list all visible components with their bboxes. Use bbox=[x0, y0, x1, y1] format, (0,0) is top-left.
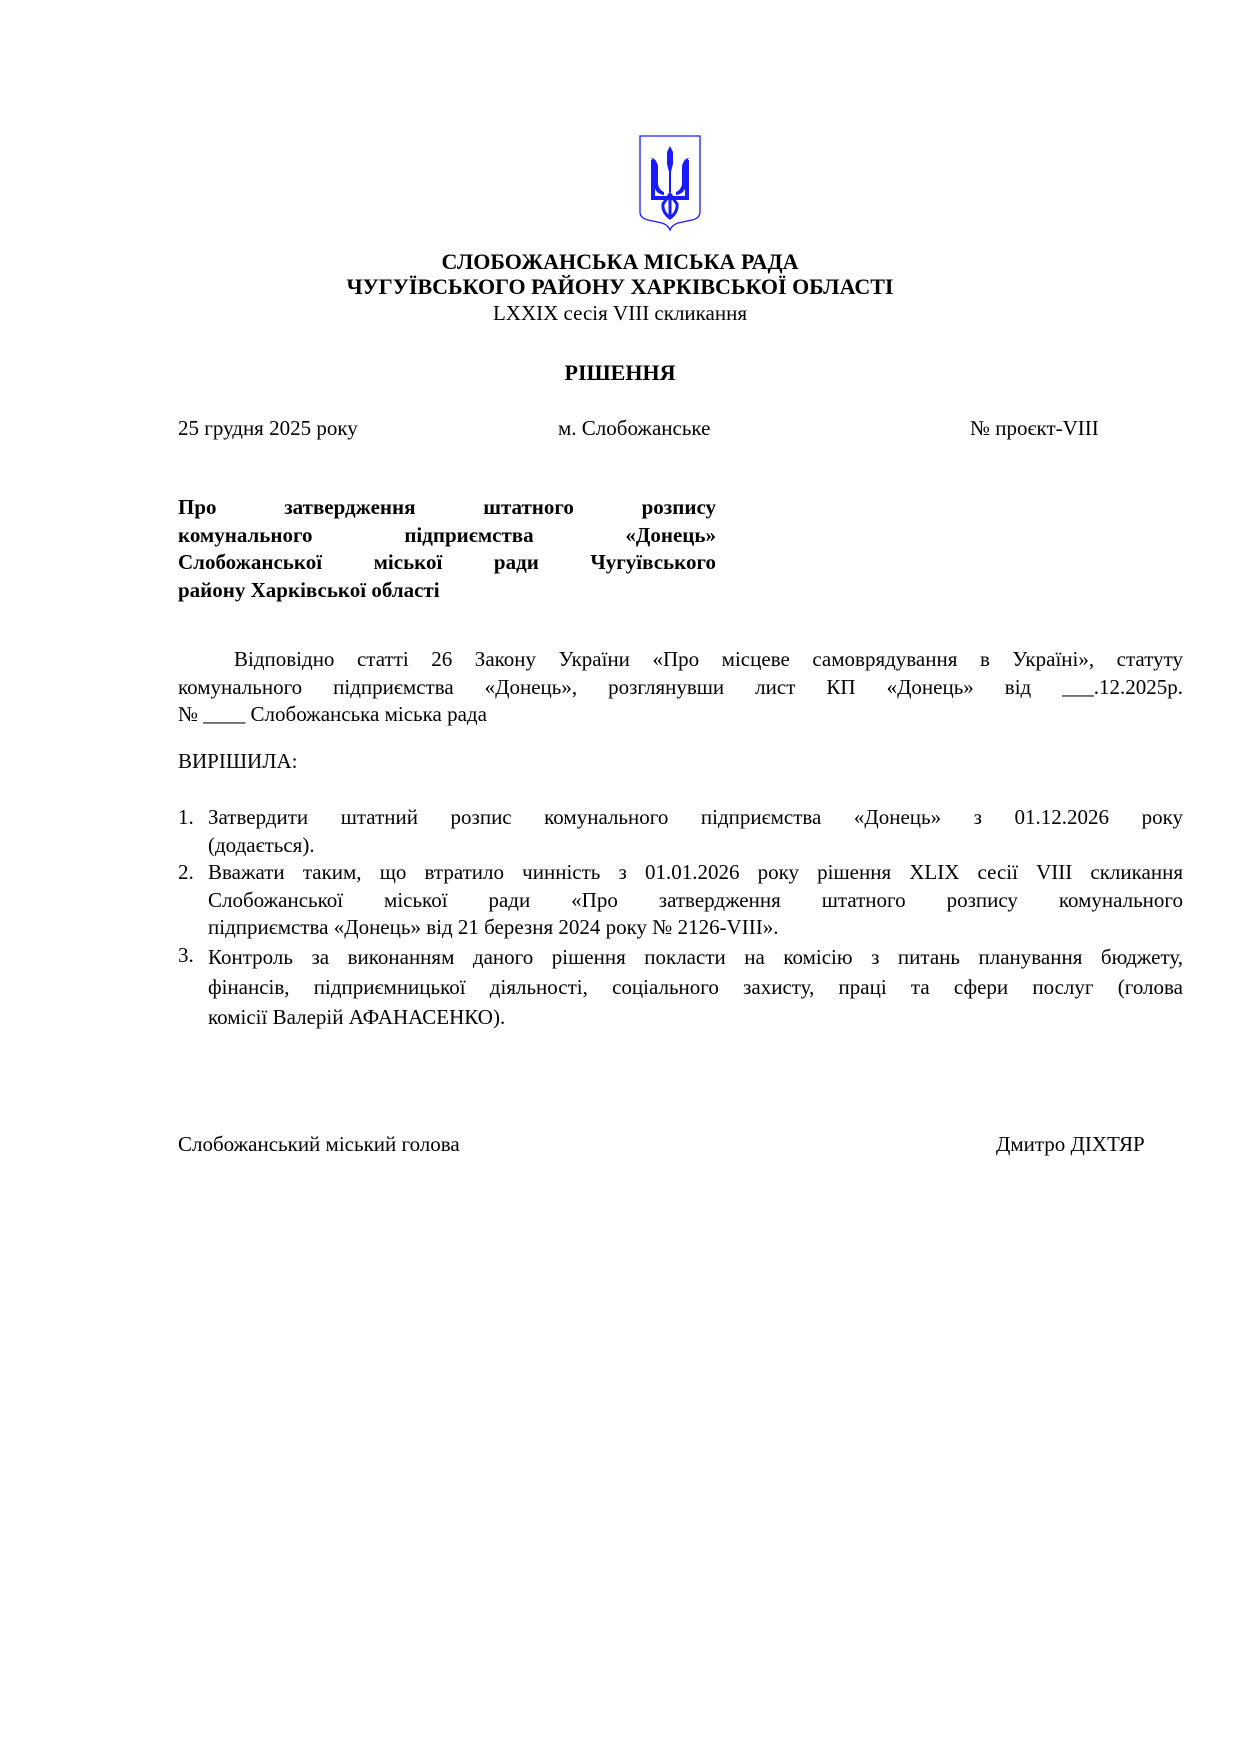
item-number: 1. bbox=[178, 804, 194, 832]
item-number: 3. bbox=[178, 942, 194, 970]
document-type: РІШЕННЯ bbox=[0, 360, 1240, 386]
signatory-name: Дмитро ДІХТЯР bbox=[996, 1131, 1145, 1159]
resolved-label: ВИРІШИЛА: bbox=[178, 748, 297, 776]
session-label: LXXIX сесія VIII скликання bbox=[0, 301, 1240, 325]
decision-subject: Про затвердження штатного розпису комуна… bbox=[178, 494, 716, 604]
resolution-item: 2. Вважати таким, що втратило чинність з… bbox=[178, 859, 1183, 942]
preamble-line: № ____ Слобожанська міська рада bbox=[178, 701, 1183, 729]
item-line: фінансів, підприємницької діяльності, со… bbox=[208, 972, 1183, 1002]
preamble-line: Відповідно статті 26 Закону України «Про… bbox=[178, 646, 1183, 674]
subject-line: Слобожанської міської ради Чугуївського bbox=[178, 549, 716, 577]
coat-of-arms-icon bbox=[638, 134, 702, 232]
item-line: (додається). bbox=[208, 832, 1183, 860]
item-line: Вважати таким, що втратило чинність з 01… bbox=[208, 859, 1183, 887]
item-line: Затвердити штатний розпис комунального п… bbox=[208, 804, 1183, 832]
resolution-list: 1. Затвердити штатний розпис комунальног… bbox=[178, 804, 1183, 1032]
item-line: Слобожанської міської ради «Про затвердж… bbox=[208, 887, 1183, 915]
district-name: ЧУГУЇВСЬКОГО РАЙОНУ ХАРКІВСЬКОЇ ОБЛАСТІ bbox=[0, 274, 1240, 300]
council-name: СЛОБОЖАНСЬКА МІСЬКА РАДА bbox=[0, 249, 1240, 275]
subject-line: району Харківської області bbox=[178, 577, 716, 605]
item-line: Контроль за виконанням даного рішення по… bbox=[208, 942, 1183, 972]
decision-place: м. Слобожанське bbox=[558, 415, 710, 443]
preamble-paragraph: Відповідно статті 26 Закону України «Про… bbox=[178, 646, 1183, 729]
decision-number: № проєкт-VIII bbox=[970, 415, 1099, 443]
item-line: комісії Валерій АФАНАСЕНКО). bbox=[208, 1002, 1183, 1032]
subject-line: Про затвердження штатного розпису bbox=[178, 494, 716, 522]
preamble-line: комунального підприємства «Донець», розг… bbox=[178, 674, 1183, 702]
decision-date: 25 грудня 2025 року bbox=[178, 415, 358, 443]
subject-line: комунального підприємства «Донець» bbox=[178, 522, 716, 550]
resolution-item: 1. Затвердити штатний розпис комунальног… bbox=[178, 804, 1183, 859]
resolution-item: 3. Контроль за виконанням даного рішення… bbox=[178, 942, 1183, 1032]
item-line: підприємства «Донець» від 21 березня 202… bbox=[208, 914, 1183, 942]
signatory-position: Слобожанський міський голова bbox=[178, 1131, 460, 1159]
item-number: 2. bbox=[178, 859, 194, 887]
